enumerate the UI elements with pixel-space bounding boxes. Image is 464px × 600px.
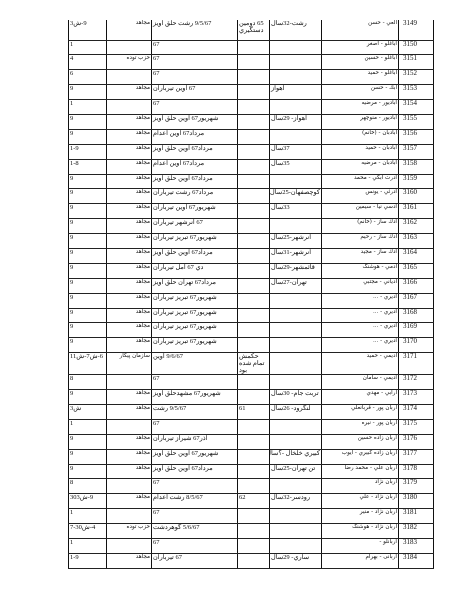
- group-cell: مجاهد: [107, 404, 152, 419]
- origin-cell: اهواز- 29سال: [270, 114, 322, 129]
- record-id-cell: 3152: [399, 70, 434, 85]
- code-cell: 9: [69, 338, 107, 353]
- name-cell: ادرت ابكي - محمد: [322, 174, 399, 189]
- event-cell: شهريور67 تبريز تيرباران: [152, 234, 238, 249]
- note-cell: [238, 278, 270, 293]
- record-id-cell: 3162: [399, 219, 434, 234]
- record-id-cell: 3161: [399, 204, 434, 219]
- event-cell: 67: [152, 70, 238, 85]
- record-id-cell: 3174: [399, 404, 434, 419]
- name-cell: اربان نژاد: [322, 479, 399, 494]
- name-cell: اديمي - حميد: [322, 353, 399, 375]
- note-cell: [238, 159, 270, 174]
- name-cell: اديري - ...: [322, 338, 399, 353]
- event-cell: مرداد67 اوين اعدام: [152, 159, 238, 174]
- event-cell: شهريور67 مشهدحلق آويز: [152, 390, 238, 405]
- code-cell: 1: [69, 100, 107, 115]
- origin-cell: قائمشهر-29سال: [270, 263, 322, 278]
- origin-cell: [270, 509, 322, 524]
- origin-cell: [270, 338, 322, 353]
- note-cell: [238, 479, 270, 494]
- table-row: 9مجاهدشهريور67 تبريز تيرباراناديري - ...…: [69, 323, 434, 338]
- group-cell: [107, 539, 152, 554]
- event-cell: شهريور67 تبريز تيرباران: [152, 293, 238, 308]
- group-cell: مجاهد: [107, 189, 152, 204]
- code-cell: 9: [69, 248, 107, 263]
- name-cell: ادك ساز - (خانم): [322, 219, 399, 234]
- table-row: 9-ش303مجاهد8/5/67 رشت اعدام62رودسر-32سال…: [69, 494, 434, 509]
- name-cell: اربان پور - قربانعلي: [322, 404, 399, 419]
- event-cell: 9/5/67 رشت حلق آويز: [152, 20, 238, 40]
- code-cell: 8: [69, 375, 107, 390]
- code-cell: 9: [69, 449, 107, 464]
- name-cell: ادك ساز - مجيد: [322, 248, 399, 263]
- table-row: 9مجاهدمرداد67 اوين حلق آويزانرشهر-31سالا…: [69, 248, 434, 263]
- code-cell: 9: [69, 278, 107, 293]
- note-cell: [238, 293, 270, 308]
- record-id-cell: 3160: [399, 189, 434, 204]
- group-cell: مجاهد: [107, 159, 152, 174]
- table-row: 167اباغلو - اصغر3150: [69, 40, 434, 55]
- origin-cell: 37سال: [270, 144, 322, 159]
- event-cell: دي 67 امل تيرباران: [152, 263, 238, 278]
- group-cell: مجاهد: [107, 234, 152, 249]
- event-cell: مرداد67 اوين حلق آويز: [152, 464, 238, 479]
- record-id-cell: 3176: [399, 434, 434, 449]
- record-id-cell: 3153: [399, 85, 434, 100]
- group-cell: مجاهد: [107, 308, 152, 323]
- table-row: 9مجاهدشهريور67 اوين حلق آويزاهواز- 29سال…: [69, 114, 434, 129]
- record-id-cell: 3179: [399, 479, 434, 494]
- group-cell: مجاهد: [107, 263, 152, 278]
- origin-cell: [270, 219, 322, 234]
- record-id-cell: 3177: [399, 449, 434, 464]
- origin-cell: كوچصفهان-25سال: [270, 189, 322, 204]
- name-cell: اربان زاده حسين: [322, 434, 399, 449]
- record-id-cell: 3182: [399, 524, 434, 539]
- name-cell: ادمي - هوشنگ: [322, 263, 399, 278]
- code-cell: 8: [69, 479, 107, 494]
- group-cell: مجاهد: [107, 114, 152, 129]
- table-row: 167اربان نژاد - منير3181: [69, 509, 434, 524]
- origin-cell: [270, 100, 322, 115]
- table-row: 9مجاهددي 67 امل تيربارانقائمشهر-29سالادم…: [69, 263, 434, 278]
- name-cell: اباغلو - حميد: [322, 70, 399, 85]
- code-cell: 9-ش303: [69, 494, 107, 509]
- record-id-cell: 3158: [399, 159, 434, 174]
- record-id-cell: 3183: [399, 539, 434, 554]
- note-cell: [238, 234, 270, 249]
- note-cell: 61: [238, 404, 270, 419]
- record-id-cell: 3150: [399, 40, 434, 55]
- origin-cell: [270, 524, 322, 539]
- table-row: 867اربان نژاد3179: [69, 479, 434, 494]
- event-cell: شهريور67 تبريز تيرباران: [152, 308, 238, 323]
- name-cell: اديري - ...: [322, 308, 399, 323]
- code-cell: 4: [69, 55, 107, 70]
- origin-cell: [270, 323, 322, 338]
- group-cell: حزب توده: [107, 55, 152, 70]
- name-cell: ادياني - مجتبي: [322, 278, 399, 293]
- note-cell: [238, 419, 270, 434]
- table-row: 9مجاهد67 اوين تيرباراناهوازابك - حسن3153: [69, 85, 434, 100]
- note-cell: [238, 85, 270, 100]
- event-cell: مرداد67 رشت تيرباران: [152, 189, 238, 204]
- code-cell: 9: [69, 323, 107, 338]
- note-cell: [238, 55, 270, 70]
- group-cell: مجاهد: [107, 494, 152, 509]
- table-row: 4حزب توده67اباغلو - حسين3151: [69, 55, 434, 70]
- group-cell: مجاهد: [107, 464, 152, 479]
- table-row: 167اباديور - مرضيه3154: [69, 100, 434, 115]
- table-row: 9مجاهدمرداد67 اوين حلق آويزتن تهران-25سا…: [69, 464, 434, 479]
- event-cell: 67 تيرباران: [152, 553, 238, 568]
- records-table-body: 9-ش3مجاهد9/5/67 رشت حلق آويز65 دومين دست…: [69, 20, 434, 568]
- event-cell: مرداد67 تهران حلق آويز: [152, 278, 238, 293]
- note-cell: [238, 204, 270, 219]
- table-row: 9مجاهدشهريور67 تبريز تيرباراناديري - ...…: [69, 338, 434, 353]
- event-cell: شهريور67 اوين حلق آويز: [152, 114, 238, 129]
- group-cell: مجاهد: [107, 248, 152, 263]
- name-cell: اباغلو - حسين: [322, 55, 399, 70]
- origin-cell: اهواز: [270, 85, 322, 100]
- record-id-cell: 3156: [399, 129, 434, 144]
- record-id-cell: 3157: [399, 144, 434, 159]
- record-id-cell: 3149: [399, 20, 434, 40]
- event-cell: شهريور67 اوين حلق آويز: [152, 449, 238, 464]
- name-cell: اباديور - مرضيه: [322, 100, 399, 115]
- table-row: 9مجاهدشهريور67 تبريز تيرباراناديري - ...…: [69, 308, 434, 323]
- event-cell: 67: [152, 539, 238, 554]
- note-cell: [238, 129, 270, 144]
- event-cell: 9/5/67 رشت: [152, 404, 238, 419]
- note-cell: [238, 323, 270, 338]
- name-cell: اربان علي - محمد رضا: [322, 464, 399, 479]
- record-id-cell: 3172: [399, 375, 434, 390]
- name-cell: اربانلو -: [322, 539, 399, 554]
- origin-cell: رودسر-32سال: [270, 494, 322, 509]
- name-cell: اباديور - منوچهر: [322, 114, 399, 129]
- name-cell: اديمي - سامان: [322, 375, 399, 390]
- table-row: 4-ش30-7حزب توده5/6/67 گوهردشتاربان نژاد …: [69, 524, 434, 539]
- code-cell: 9: [69, 189, 107, 204]
- code-cell: 9: [69, 390, 107, 405]
- table-row: 9مجاهدمرداد67 رشت تيربارانكوچصفهان-25سال…: [69, 189, 434, 204]
- code-cell: ش3: [69, 404, 107, 419]
- record-id-cell: 3164: [399, 248, 434, 263]
- table-row: 9مجاهدمرداد67 اوين حلق آويزادرت ابكي - م…: [69, 174, 434, 189]
- table-row: 9-ش3مجاهد9/5/67 رشت حلق آويز65 دومين دست…: [69, 20, 434, 40]
- group-cell: [107, 100, 152, 115]
- document-page: 9-ش3مجاهد9/5/67 رشت حلق آويز65 دومين دست…: [0, 0, 464, 600]
- code-cell: 1: [69, 419, 107, 434]
- origin-cell: [270, 539, 322, 554]
- origin-cell: [270, 293, 322, 308]
- name-cell: اديري - ...: [322, 323, 399, 338]
- origin-cell: لنگرود- 26سال: [270, 404, 322, 419]
- name-cell: آلعي - حسن: [322, 20, 399, 40]
- table-row: 6-ش7-ش11سازمان پيكار9/6/67 اوينحكمش تمام…: [69, 353, 434, 375]
- code-cell: 9: [69, 308, 107, 323]
- group-cell: [107, 70, 152, 85]
- note-cell: [238, 144, 270, 159]
- record-id-cell: 3180: [399, 494, 434, 509]
- code-cell: 9: [69, 293, 107, 308]
- table-row: 9مجاهدشهريور67 تبريز تيربارانانرشهر-25سا…: [69, 234, 434, 249]
- note-cell: 62: [238, 494, 270, 509]
- table-row: 9مجاهدمرداد67 تهران حلق آويزتهران-27سالا…: [69, 278, 434, 293]
- note-cell: [238, 390, 270, 405]
- group-cell: مجاهد: [107, 20, 152, 40]
- origin-cell: [270, 308, 322, 323]
- group-cell: مجاهد: [107, 449, 152, 464]
- code-cell: 9: [69, 219, 107, 234]
- table-row: 9مجاهد67 انرشهر تيربارانادك ساز - (خانم)…: [69, 219, 434, 234]
- name-cell: ادسي نيا - سيمين: [322, 204, 399, 219]
- origin-cell: 33سال: [270, 204, 322, 219]
- note-cell: [238, 539, 270, 554]
- origin-cell: [270, 55, 322, 70]
- origin-cell: ساري- 29سال: [270, 553, 322, 568]
- group-cell: مجاهد: [107, 85, 152, 100]
- code-cell: 1-9: [69, 144, 107, 159]
- origin-cell: [270, 129, 322, 144]
- name-cell: اربانی - بهرام: [322, 553, 399, 568]
- name-cell: ابادبان - (خانم): [322, 129, 399, 144]
- code-cell: 9: [69, 464, 107, 479]
- note-cell: [238, 375, 270, 390]
- origin-cell: [270, 70, 322, 85]
- event-cell: 8/5/67 رشت اعدام: [152, 494, 238, 509]
- note-cell: [238, 114, 270, 129]
- table-row: 1-9مجاهدمرداد67 اوين حلق آويز37سالابادبا…: [69, 144, 434, 159]
- code-cell: 4-ش30-7: [69, 524, 107, 539]
- group-cell: مجاهد: [107, 204, 152, 219]
- group-cell: [107, 419, 152, 434]
- origin-cell: [270, 375, 322, 390]
- name-cell: اباغلو - اصغر: [322, 40, 399, 55]
- table-row: 9مجاهدشهريور67 تبريز تيرباراناديري - ...…: [69, 293, 434, 308]
- record-id-cell: 3151: [399, 55, 434, 70]
- record-id-cell: 3173: [399, 390, 434, 405]
- name-cell: ادرثي - يونس: [322, 189, 399, 204]
- origin-cell: [270, 434, 322, 449]
- note-cell: [238, 174, 270, 189]
- record-id-cell: 3170: [399, 338, 434, 353]
- name-cell: اربان نژاد - هوشنگ: [322, 524, 399, 539]
- note-cell: حكمش تمام شده بود: [238, 353, 270, 375]
- table-row: 9مجاهداذر67 شيراز تيرباراناربان زاده حسي…: [69, 434, 434, 449]
- event-cell: مرداد67 اوين اعدام: [152, 129, 238, 144]
- event-cell: مرداد67 اوين حلق آويز: [152, 174, 238, 189]
- origin-cell: 35سال: [270, 159, 322, 174]
- name-cell: ابادبان - حميد: [322, 144, 399, 159]
- event-cell: مرداد67 اوين حلق آويز: [152, 144, 238, 159]
- group-cell: مجاهد: [107, 338, 152, 353]
- event-cell: شهريور67 تبريز تيرباران: [152, 338, 238, 353]
- code-cell: 6: [69, 70, 107, 85]
- code-cell: 1-8: [69, 159, 107, 174]
- record-id-cell: 3169: [399, 323, 434, 338]
- table-row: 167اربانلو -3183: [69, 539, 434, 554]
- name-cell: اديري - ...: [322, 293, 399, 308]
- event-cell: 5/6/67 گوهردشت: [152, 524, 238, 539]
- code-cell: 9: [69, 114, 107, 129]
- group-cell: مجاهد: [107, 144, 152, 159]
- record-id-cell: 3181: [399, 509, 434, 524]
- event-cell: 67 اوين تيرباران: [152, 85, 238, 100]
- code-cell: 9: [69, 85, 107, 100]
- note-cell: [238, 449, 270, 464]
- event-cell: شهريور67 اوين تيرباران: [152, 204, 238, 219]
- table-row: 9مجاهدشهريور67 اوين حلق آويزكبيري خلخال …: [69, 449, 434, 464]
- origin-cell: تربت جام- 30سال: [270, 390, 322, 405]
- event-cell: 67: [152, 375, 238, 390]
- table-row: 1-9مجاهد67 تيربارانساري- 29سالاربانی - ب…: [69, 553, 434, 568]
- note-cell: [238, 219, 270, 234]
- note-cell: [238, 524, 270, 539]
- event-cell: 67: [152, 419, 238, 434]
- note-cell: [238, 509, 270, 524]
- record-id-cell: 3165: [399, 263, 434, 278]
- event-cell: 67: [152, 479, 238, 494]
- code-cell: 1: [69, 509, 107, 524]
- table-row: 9مجاهدشهريور67 مشهدحلق آويزتربت جام- 30س…: [69, 390, 434, 405]
- group-cell: [107, 375, 152, 390]
- code-cell: 1: [69, 539, 107, 554]
- record-id-cell: 3166: [399, 278, 434, 293]
- origin-cell: انرشهر-25سال: [270, 234, 322, 249]
- group-cell: [107, 479, 152, 494]
- event-cell: اذر67 شيراز تيرباران: [152, 434, 238, 449]
- event-cell: 67: [152, 40, 238, 55]
- note-cell: [238, 189, 270, 204]
- record-id-cell: 3175: [399, 419, 434, 434]
- note-cell: [238, 248, 270, 263]
- group-cell: مجاهد: [107, 553, 152, 568]
- code-cell: 9-ش3: [69, 20, 107, 40]
- origin-cell: انرشهر-31سال: [270, 248, 322, 263]
- code-cell: 9: [69, 204, 107, 219]
- table-row: 667اباغلو - حميد3152: [69, 70, 434, 85]
- group-cell: مجاهد: [107, 434, 152, 449]
- event-cell: 67: [152, 55, 238, 70]
- records-table: 9-ش3مجاهد9/5/67 رشت حلق آويز65 دومين دست…: [68, 20, 434, 569]
- group-cell: مجاهد: [107, 390, 152, 405]
- note-cell: [238, 308, 270, 323]
- note-cell: [238, 434, 270, 449]
- record-id-cell: 3178: [399, 464, 434, 479]
- record-id-cell: 3154: [399, 100, 434, 115]
- record-id-cell: 3171: [399, 353, 434, 375]
- group-cell: مجاهد: [107, 278, 152, 293]
- code-cell: 6-ش7-ش11: [69, 353, 107, 375]
- note-cell: [238, 464, 270, 479]
- origin-cell: تهران-27سال: [270, 278, 322, 293]
- note-cell: 65 دومين دستگيري: [238, 20, 270, 40]
- table-row: 167اربان پور - نيره3175: [69, 419, 434, 434]
- origin-cell: [270, 419, 322, 434]
- name-cell: اربان نژاد - علي: [322, 494, 399, 509]
- note-cell: [238, 100, 270, 115]
- note-cell: [238, 338, 270, 353]
- group-cell: مجاهد: [107, 293, 152, 308]
- code-cell: 9: [69, 174, 107, 189]
- record-id-cell: 3155: [399, 114, 434, 129]
- name-cell: ابادبان - مرضيه: [322, 159, 399, 174]
- code-cell: 9: [69, 434, 107, 449]
- event-cell: مرداد67 اوين حلق آويز: [152, 248, 238, 263]
- origin-cell: [270, 40, 322, 55]
- note-cell: [238, 70, 270, 85]
- table-row: 867اديمي - سامان3172: [69, 375, 434, 390]
- group-cell: مجاهد: [107, 129, 152, 144]
- event-cell: 67: [152, 509, 238, 524]
- record-id-cell: 3167: [399, 293, 434, 308]
- table-row: 1-8مجاهدمرداد67 اوين اعدام35سالابادبان -…: [69, 159, 434, 174]
- origin-cell: [270, 353, 322, 375]
- event-cell: شهريور67 تبريز تيرباران: [152, 323, 238, 338]
- record-id-cell: 3163: [399, 234, 434, 249]
- name-cell: اربان پور - نيره: [322, 419, 399, 434]
- table-row: 9مجاهدمرداد67 اوين اعدامابادبان - (خانم)…: [69, 129, 434, 144]
- group-cell: حزب توده: [107, 524, 152, 539]
- event-cell: 67: [152, 100, 238, 115]
- code-cell: 9: [69, 263, 107, 278]
- event-cell: 67 انرشهر تيرباران: [152, 219, 238, 234]
- group-cell: مجاهد: [107, 219, 152, 234]
- origin-cell: [270, 174, 322, 189]
- note-cell: [238, 263, 270, 278]
- group-cell: مجاهد: [107, 174, 152, 189]
- table-row: 9مجاهدشهريور67 اوين تيرباران33سالادسي ني…: [69, 204, 434, 219]
- origin-cell: [270, 479, 322, 494]
- event-cell: 9/6/67 اوين: [152, 353, 238, 375]
- code-cell: 9: [69, 129, 107, 144]
- origin-cell: رشت-32سال: [270, 20, 322, 40]
- code-cell: 1: [69, 40, 107, 55]
- note-cell: [238, 40, 270, 55]
- group-cell: [107, 509, 152, 524]
- group-cell: مجاهد: [107, 323, 152, 338]
- code-cell: 1-9: [69, 553, 107, 568]
- table-row: ش3مجاهد9/5/67 رشت61لنگرود- 26سالاربان پو…: [69, 404, 434, 419]
- record-id-cell: 3159: [399, 174, 434, 189]
- note-cell: [238, 553, 270, 568]
- record-id-cell: 3184: [399, 553, 434, 568]
- code-cell: 9: [69, 234, 107, 249]
- name-cell: ابك - حسن: [322, 85, 399, 100]
- name-cell: اربان نژاد - منير: [322, 509, 399, 524]
- group-cell: سازمان پيكار: [107, 353, 152, 375]
- origin-cell: كبيري خلخال -؟سال: [270, 449, 322, 464]
- name-cell: ارابي - مهدي: [322, 390, 399, 405]
- group-cell: [107, 40, 152, 55]
- name-cell: اربان زاده كبيري - ايوب: [322, 449, 399, 464]
- record-id-cell: 3168: [399, 308, 434, 323]
- name-cell: ادك ساز - رحيم: [322, 234, 399, 249]
- origin-cell: تن تهران-25سال: [270, 464, 322, 479]
